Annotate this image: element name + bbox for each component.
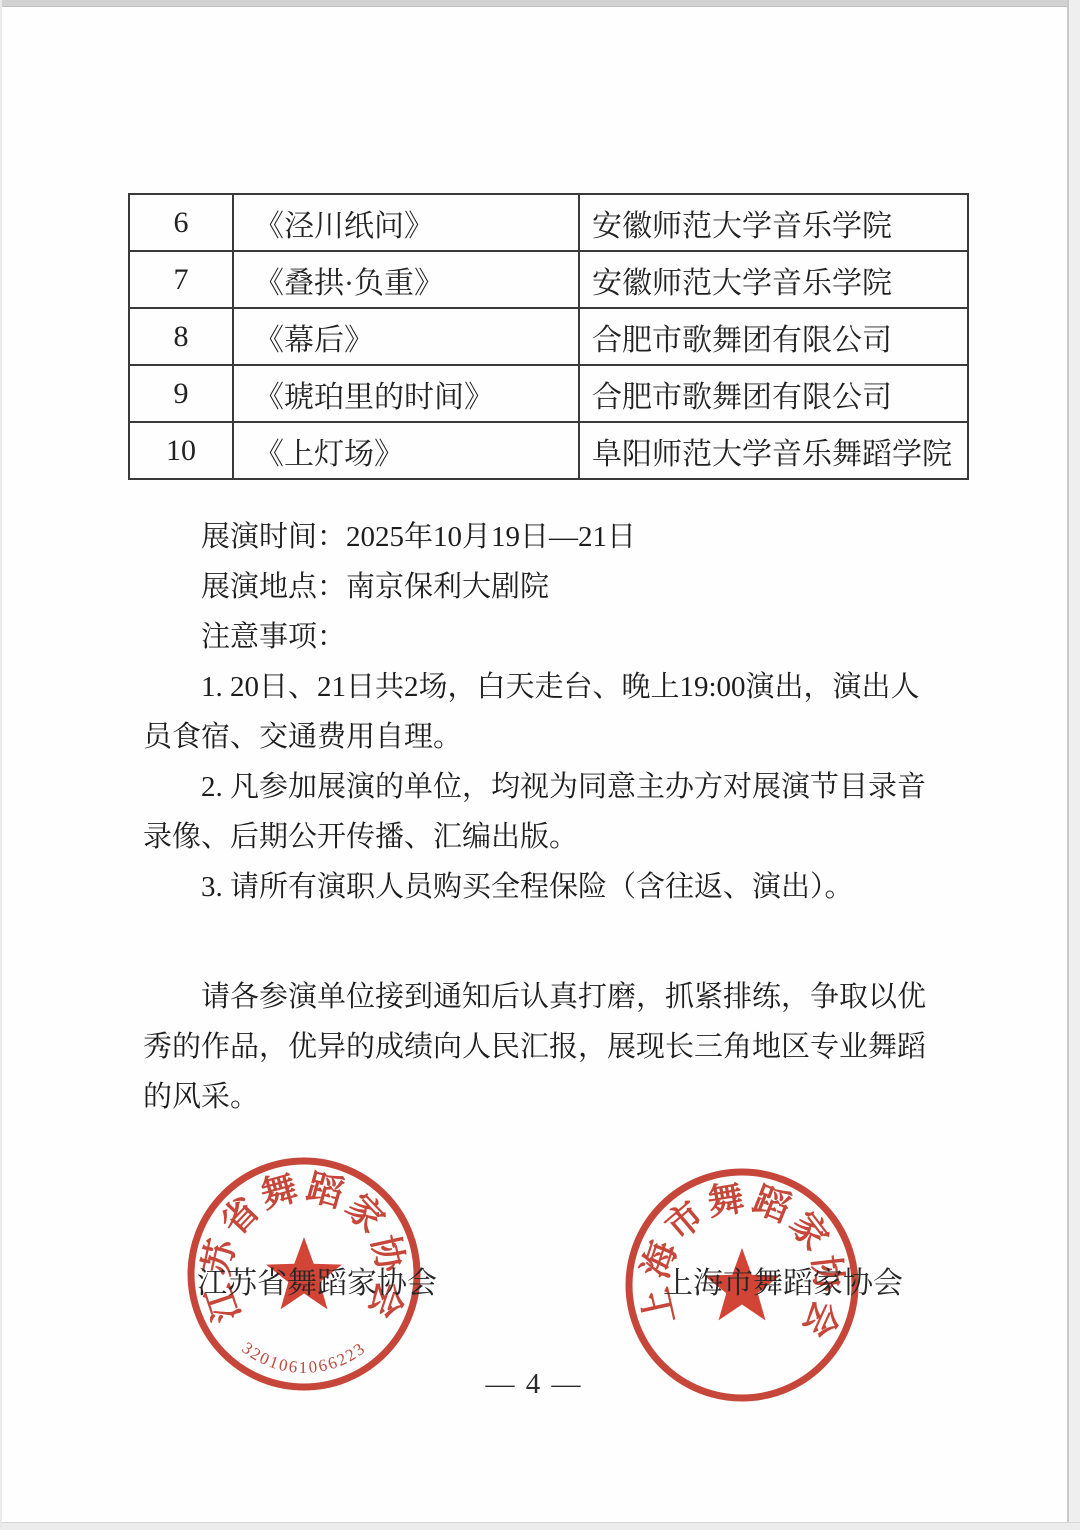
closing-line: 的风采。 <box>143 1072 943 1122</box>
cell-org: 安徽师范大学音乐学院 <box>579 194 968 251</box>
closing-line: 秀的作品，优异的成绩向人民汇报，展现长三角地区专业舞蹈 <box>143 1022 943 1072</box>
cell-title: 《琥珀里的时间》 <box>233 365 579 422</box>
program-table-body: 6《泾川纸问》安徽师范大学音乐学院7《叠拱·负重》安徽师范大学音乐学院8《幕后》… <box>129 194 968 479</box>
scan-edge-bottom <box>0 1522 1080 1530</box>
details-section: 展演时间：2025年10月19日—21日 展演地点：南京保利大剧院 注意事项： … <box>143 512 943 1122</box>
cell-no: 9 <box>129 365 233 422</box>
scan-edge-right <box>1067 0 1080 1530</box>
notes-heading: 注意事项： <box>143 612 943 662</box>
notes-list: 1. 20日、21日共2场，白天走台、晚上19:00演出，演出人员食宿、交通费用… <box>143 662 943 912</box>
table-row: 9《琥珀里的时间》合肥市歌舞团有限公司 <box>129 365 968 422</box>
cell-title: 《泾川纸问》 <box>233 194 579 251</box>
cell-org: 阜阳师范大学音乐舞蹈学院 <box>579 422 968 479</box>
cell-no: 7 <box>129 251 233 308</box>
program-table: 6《泾川纸问》安徽师范大学音乐学院7《叠拱·负重》安徽师范大学音乐学院8《幕后》… <box>128 193 969 480</box>
cell-no: 8 <box>129 308 233 365</box>
table-row: 10《上灯场》阜阳师范大学音乐舞蹈学院 <box>129 422 968 479</box>
cell-title: 《叠拱·负重》 <box>233 251 579 308</box>
closing-paragraph: 请各参演单位接到通知后认真打磨，抓紧排练，争取以优秀的作品，优异的成绩向人民汇报… <box>143 972 943 1122</box>
cell-no: 6 <box>129 194 233 251</box>
signature-left: 江苏省舞蹈家协会 <box>197 1258 437 1302</box>
scan-edge-left <box>0 0 2 1530</box>
seal-number: 3201061066223 <box>238 1338 369 1377</box>
scan-edge-top <box>0 0 1080 7</box>
table-row: 6《泾川纸问》安徽师范大学音乐学院 <box>129 194 968 251</box>
show-venue: 展演地点：南京保利大剧院 <box>143 562 943 612</box>
cell-org: 合肥市歌舞团有限公司 <box>579 308 968 365</box>
cell-org: 安徽师范大学音乐学院 <box>579 251 968 308</box>
cell-no: 10 <box>129 422 233 479</box>
table-row: 7《叠拱·负重》安徽师范大学音乐学院 <box>129 251 968 308</box>
note-line: 2. 凡参加展演的单位，均视为同意主办方对展演节目录音 <box>143 762 943 812</box>
note-line: 1. 20日、21日共2场，白天走台、晚上19:00演出，演出人 <box>143 662 943 712</box>
table-row: 8《幕后》合肥市歌舞团有限公司 <box>129 308 968 365</box>
page-number: — 4 — <box>0 1368 1068 1401</box>
note-line: 3. 请所有演职人员购买全程保险（含往返、演出）。 <box>143 862 943 912</box>
signature-right: 上海市舞蹈家协会 <box>663 1258 903 1302</box>
show-time: 展演时间：2025年10月19日—21日 <box>143 512 943 562</box>
note-line: 员食宿、交通费用自理。 <box>143 712 943 762</box>
document-page: 6《泾川纸问》安徽师范大学音乐学院7《叠拱·负重》安徽师范大学音乐学院8《幕后》… <box>0 0 1080 1530</box>
cell-title: 《幕后》 <box>233 308 579 365</box>
closing-line: 请各参演单位接到通知后认真打磨，抓紧排练，争取以优 <box>143 972 943 1022</box>
cell-org: 合肥市歌舞团有限公司 <box>579 365 968 422</box>
note-line: 录像、后期公开传播、汇编出版。 <box>143 812 943 862</box>
cell-title: 《上灯场》 <box>233 422 579 479</box>
